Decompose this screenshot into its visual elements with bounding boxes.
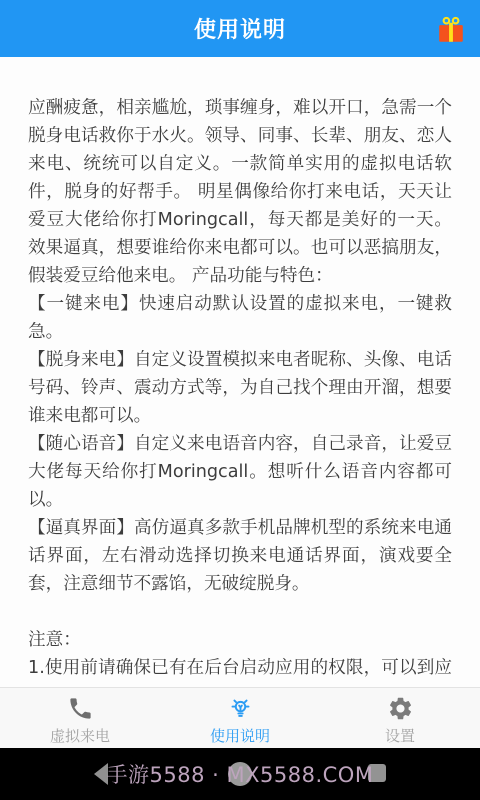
feature-escape-call: 【脱身来电】自定义设置模拟来电者昵称、头像、电话号码、铃声、震动方式等，为自己找… xyxy=(28,346,452,430)
feature-one-key-call: 【一键来电】快速启动默认设置的虚拟来电，一键救急。 xyxy=(28,290,452,346)
app-header: 使用说明 xyxy=(0,0,480,57)
gift-icon[interactable] xyxy=(436,15,466,45)
back-icon[interactable] xyxy=(92,762,108,786)
phone-icon xyxy=(67,695,94,722)
page-title: 使用说明 xyxy=(194,13,286,44)
lightbulb-icon xyxy=(227,695,254,722)
note-1: 1.使用前请确保已有在后台启动应用的权限，可以到应用详情页去设置。 xyxy=(28,654,452,686)
tab-instructions-label: 使用说明 xyxy=(210,725,270,746)
gear-icon xyxy=(387,695,414,722)
bottom-tab-bar: 虚拟来电 使用说明 xyxy=(0,687,480,748)
recents-icon[interactable] xyxy=(368,764,386,782)
instructions-content: 应酬疲惫，相亲尴尬，琐事缠身，难以开口，急需一个脱身电话救你于水火。领导、同事、… xyxy=(0,57,480,686)
android-nav-bar: 手游5588 · MX5588.COM xyxy=(0,748,480,800)
feature-realistic-ui: 【逼真界面】高仿逼真多款手机品牌机型的系统来电通话界面，左右滑动选择切换来电通话… xyxy=(28,514,452,598)
tab-virtual-call[interactable]: 虚拟来电 xyxy=(0,688,160,748)
intro-paragraph: 应酬疲惫，相亲尴尬，琐事缠身，难以开口，急需一个脱身电话救你于水火。领导、同事、… xyxy=(28,94,452,290)
tab-virtual-call-label: 虚拟来电 xyxy=(50,725,110,746)
notes-title: 注意： xyxy=(28,626,452,654)
tab-settings-label: 设置 xyxy=(385,725,415,746)
tab-instructions[interactable]: 使用说明 xyxy=(160,688,320,748)
home-icon[interactable] xyxy=(228,762,252,786)
feature-custom-voice: 【随心语音】自定义来电语音内容，自己录音，让爱豆大佬每天给你打Moringcal… xyxy=(28,430,452,514)
app-screen: 使用说明 应酬疲惫，相亲尴尬，琐事缠身，难以开口，急需一个脱身电话救你于水火。领… xyxy=(0,0,480,800)
tab-settings[interactable]: 设置 xyxy=(320,688,480,748)
